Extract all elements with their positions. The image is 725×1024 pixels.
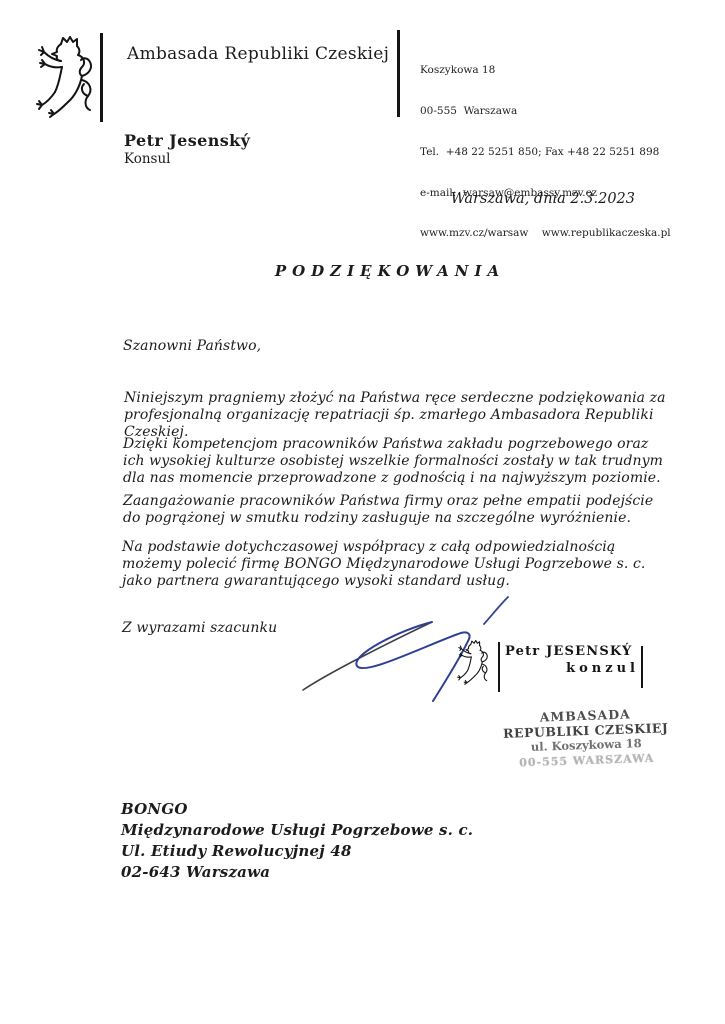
recipient-line: Ul. Etiudy Rewolucyjnej 48: [121, 841, 473, 862]
recipient-line: Międzynarodowe Usługi Pogrzebowe s. c.: [121, 820, 473, 841]
embassy-ink-stamp: AMBASADA REPUBLIKI CZESKIEJ ul. Koszykow…: [491, 705, 681, 772]
czech-lion-stamp-icon: [456, 640, 490, 686]
body-paragraph: Na podstawie dotychczasowej współpracy z…: [122, 539, 667, 589]
body-paragraph: Niniejszym pragniemy złożyć na Państwa r…: [124, 390, 669, 440]
sender-title: Konsul: [124, 151, 171, 167]
consul-stamp-role: konzul: [505, 661, 639, 676]
recipient-line: BONGO: [121, 799, 473, 820]
stamp-divider-right: [641, 646, 643, 688]
consul-stamp-name: Petr JESENSKÝ: [505, 644, 639, 659]
address-line: Tel. +48 22 5251 850; Fax +48 22 5251 89…: [420, 146, 671, 160]
stamp-divider-left: [498, 642, 500, 692]
address-line: www.mzv.cz/warsaw www.republikaczeska.pl: [420, 227, 671, 241]
closing-phrase: Z wyrazami szacunku: [122, 620, 277, 637]
salutation: Szanowni Państwo,: [123, 338, 261, 355]
letterhead-divider-right: [397, 30, 400, 117]
czech-lion-emblem-icon: [34, 36, 96, 120]
body-paragraph: Dzięki kompetencjom pracowników Państwa …: [123, 436, 668, 486]
embassy-name: Ambasada Republiki Czeskiej: [127, 44, 389, 64]
dateline: Warszawa, dnia 2.3.2023: [320, 191, 635, 207]
address-line: 00-555 Warszawa: [420, 105, 671, 119]
sender-name: Petr Jesenský: [124, 131, 250, 150]
body-paragraph: Zaangażowanie pracowników Państwa firmy …: [123, 493, 668, 527]
letter-page: Ambasada Republiki Czeskiej Koszykowa 18…: [0, 0, 725, 1024]
embassy-address-block: Koszykowa 18 00-555 Warszawa Tel. +48 22…: [420, 37, 671, 268]
consul-stamp: Petr JESENSKÝ konzul: [505, 644, 639, 676]
letterhead-divider-left: [100, 33, 103, 122]
document-title: PODZIĘKOWANIA: [130, 262, 650, 280]
recipient-line: 02-643 Warszawa: [121, 862, 473, 883]
recipient-address-block: BONGO Międzynarodowe Usługi Pogrzebowe s…: [121, 799, 473, 883]
address-line: Koszykowa 18: [420, 64, 671, 78]
